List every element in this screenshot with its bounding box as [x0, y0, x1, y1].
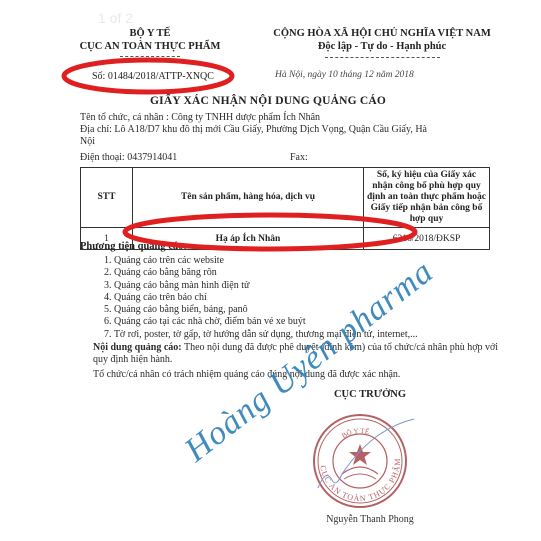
motto: Độc lập - Tự do - Hạnh phúc [232, 40, 532, 53]
document-title: GIẤY XÁC NHẬN NỘI DUNG QUẢNG CÁO [150, 95, 386, 107]
divider [120, 56, 180, 57]
header-stt: STT [81, 168, 133, 228]
header-certificate: Số, ký hiệu của Giấy xác nhận công bố ph… [364, 168, 490, 228]
issuer-header: BỘ Y TẾ CỤC AN TOÀN THỰC PHẨM [60, 27, 240, 57]
signer-name: Nguyễn Thanh Phong [300, 514, 440, 525]
phone-line: Điện thoại: 0437914041 [80, 152, 177, 164]
fax-line: Fax: [290, 152, 308, 164]
page-indicator: 1 of 2 [98, 10, 133, 26]
address-line-2: Nội [80, 136, 95, 148]
signature-stroke [318, 419, 414, 488]
national-header: CỘNG HÒA XÃ HỘI CHỦ NGHĨA VIỆT NAM Độc l… [232, 27, 532, 58]
address-line-1: Địa chỉ: Lô A18/D7 khu đô thị mới Cầu Gi… [80, 124, 427, 136]
signatory-title: CỤC TRƯỞNG [300, 389, 440, 400]
svg-text:CỤC AN TOÀN THỰC PHẨM: CỤC AN TOÀN THỰC PHẨM [318, 458, 402, 504]
product-table: STT Tên sản phẩm, hàng hóa, dịch vụ Số, … [80, 167, 490, 250]
content-label: Nội dung quảng cáo: [93, 342, 182, 353]
document-number: Số: 01484/2018/ATTP-XNQC [92, 71, 214, 82]
advertising-media-title: Phương tiện quảng cáo: [80, 241, 187, 252]
star-icon [349, 444, 371, 465]
list-item: 1. Quảng cáo trên các website [104, 255, 418, 267]
header-product: Tên sản phẩm, hàng hóa, dịch vụ [133, 168, 364, 228]
table-header-row: STT Tên sản phẩm, hàng hóa, dịch vụ Số, … [81, 168, 490, 228]
department-name: CỤC AN TOÀN THỰC PHẨM [60, 40, 240, 53]
country-name: CỘNG HÒA XÃ HỘI CHỦ NGHĨA VIỆT NAM [232, 27, 532, 40]
row-certificate: 6216/2018/ĐKSP [364, 228, 490, 250]
divider [325, 57, 440, 58]
svg-text:BỘ Y TẾ: BỘ Y TẾ [340, 427, 370, 440]
place-date: Hà Nội, ngày 10 tháng 12 năm 2018 [275, 70, 414, 80]
list-item: 2. Quảng cáo bằng băng rôn [104, 267, 418, 279]
official-stamp: BỘ Y TẾ CỤC AN TOÀN THỰC PHẨM [314, 415, 406, 507]
organization-line: Tên tổ chức, cá nhân : Công ty TNHH dược… [80, 112, 320, 124]
ministry-name: BỘ Y TẾ [60, 27, 240, 40]
